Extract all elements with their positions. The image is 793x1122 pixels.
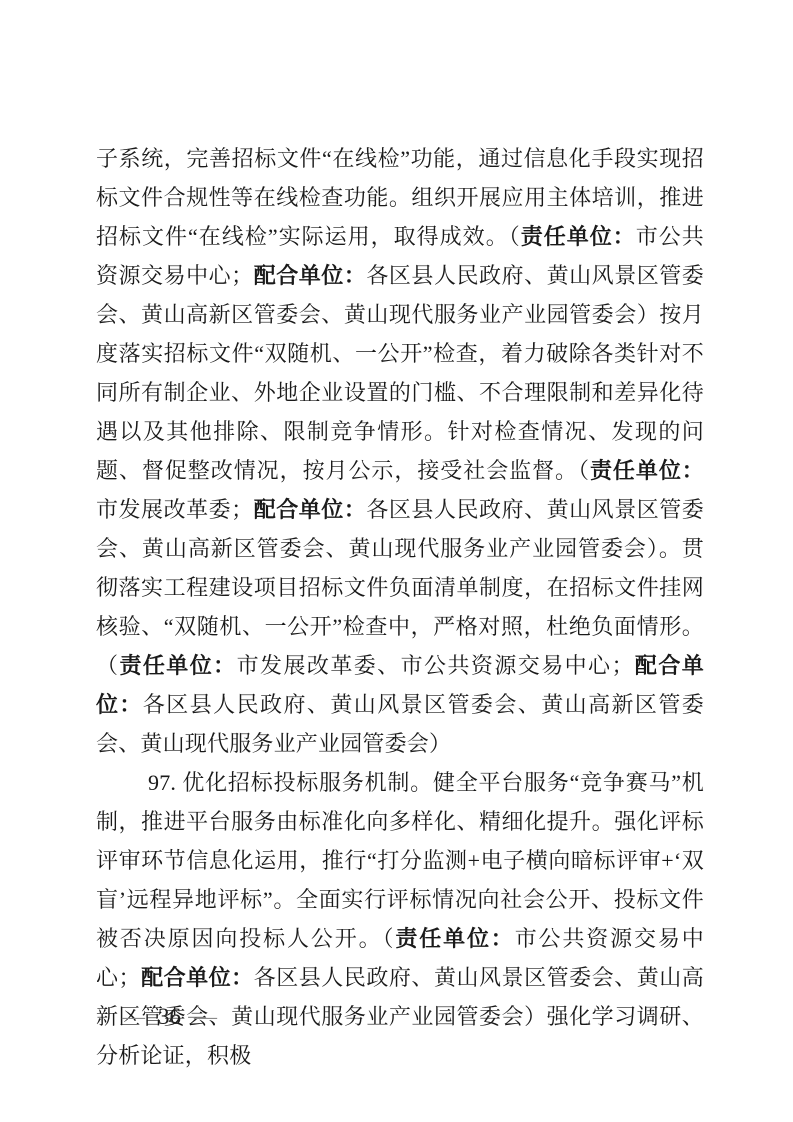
text-run: 各区县人民政府、黄山风景区管委会、黄山高新区管委会、黄山现代服务业产业园管委会）… xyxy=(96,497,704,678)
text-run: 97. 优化招标投标服务机制。健全平台服务“竞争赛马”机制，推进平台服务由标准化… xyxy=(96,770,704,951)
page-body: 子系统，完善招标文件“在线检”功能，通过信息化手段实现招标文件合规性等在线检查功… xyxy=(96,139,704,1075)
bold-label-run: 责任单位： xyxy=(395,926,514,951)
text-run: 市发展改革委、市公共资源交易中心； xyxy=(237,653,634,678)
paragraph: 子系统，完善招标文件“在线检”功能，通过信息化手段实现招标文件合规性等在线检查功… xyxy=(96,139,704,763)
text-run: 各区县人民政府、黄山风景区管委会、黄山高新区管委会、黄山现代服务业产业园管委会） xyxy=(96,692,704,756)
bold-label-run: 责任单位： xyxy=(521,224,636,249)
bold-label-run: 责任单位： xyxy=(590,458,704,483)
text-run: 各区县人民政府、黄山风景区管委会、黄山高新区管委会、黄山现代服务业产业园管委会）… xyxy=(96,263,704,483)
page-footer: — 36 — xyxy=(122,1002,217,1032)
bold-label-run: 责任单位： xyxy=(119,653,236,678)
document-page: 子系统，完善招标文件“在线检”功能，通过信息化手段实现招标文件合规性等在线检查功… xyxy=(0,0,793,1122)
footer-dash-left: — xyxy=(122,1002,145,1032)
page-number: 36 xyxy=(158,1002,181,1032)
text-run: 市发展改革委； xyxy=(96,497,253,522)
bold-label-run: 配合单位： xyxy=(141,965,254,990)
bold-label-run: 配合单位： xyxy=(253,497,366,522)
footer-dash-right: — xyxy=(194,1002,217,1032)
bold-label-run: 配合单位： xyxy=(253,263,366,288)
